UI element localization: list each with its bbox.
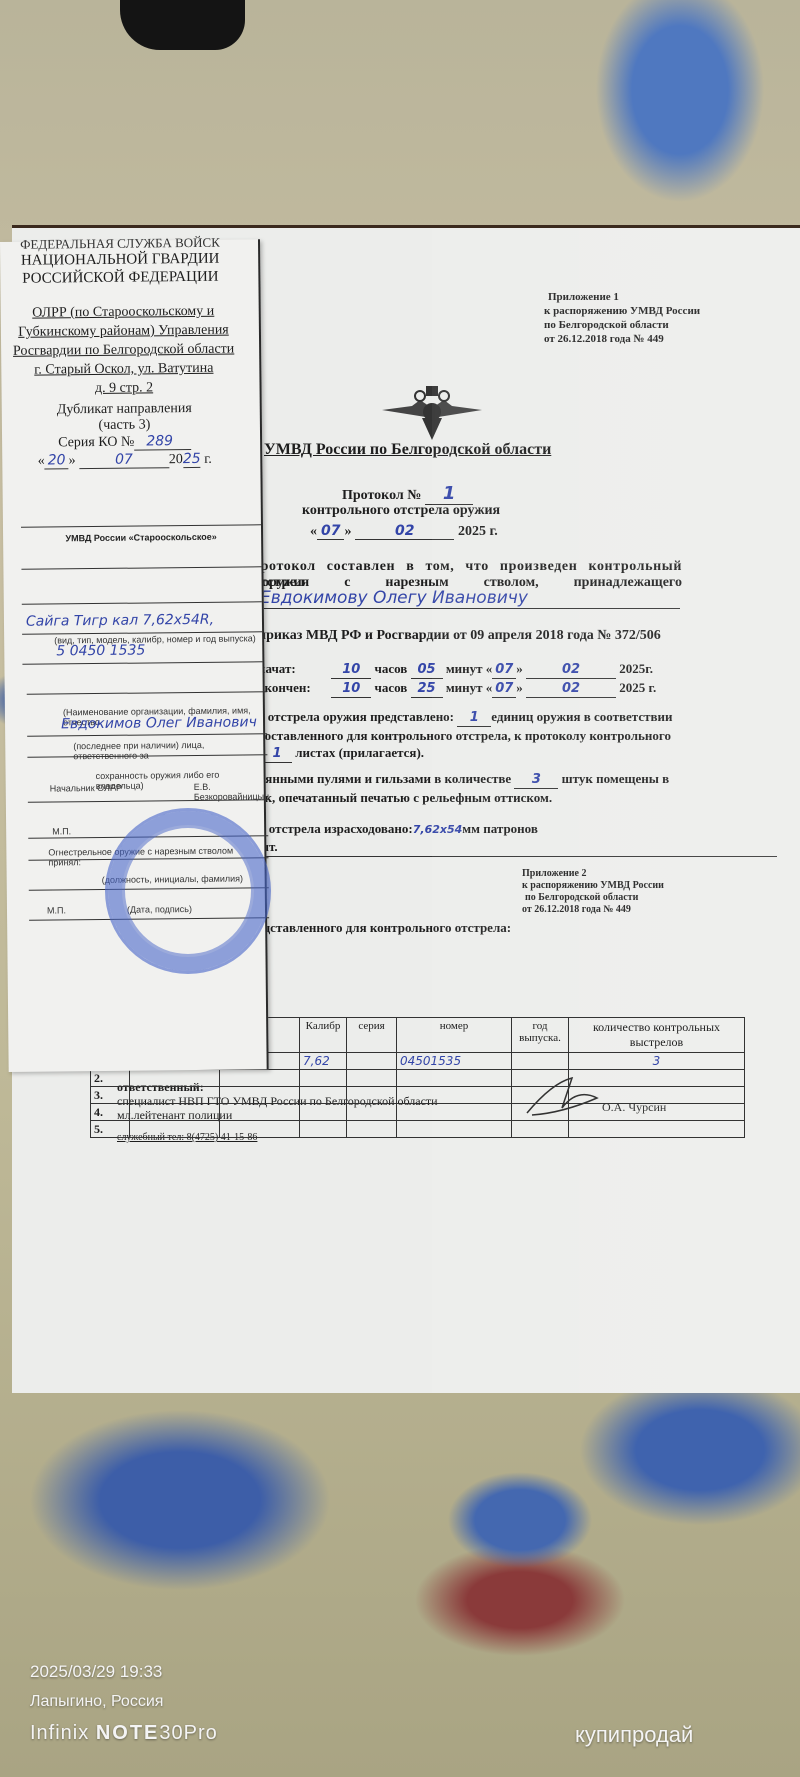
rule <box>22 601 262 605</box>
table-cell <box>347 1104 397 1121</box>
spent-block: и отстрела израсходовано:7,62х54мм патро… <box>258 820 538 855</box>
chief-label: Начальник ОЛРР <box>50 783 122 794</box>
minutes-label: минут <box>446 680 483 695</box>
card-date-month: 07 <box>79 451 169 469</box>
protocol-number: 1 <box>425 483 474 505</box>
protocol-day: 07 <box>317 523 344 540</box>
text: шт. <box>258 838 538 855</box>
date-suffix: г. <box>204 452 212 467</box>
appendix-line: к распоряжению УМВД России <box>522 880 664 892</box>
appendix-line: по Белгородской области <box>544 318 700 332</box>
mp-label: М.П. <box>47 905 66 915</box>
dept-line: Росгвардии по Белгородской области <box>1 339 246 361</box>
appendix-1: Приложение 1 к распоряжению УМВД России … <box>544 290 700 346</box>
table-row: 4. <box>91 1104 745 1121</box>
table-cell <box>512 1121 569 1138</box>
text: ок, опечатанный печатью с рельефным отти… <box>258 789 669 806</box>
table-cell: 3. <box>91 1087 130 1104</box>
rule <box>27 733 267 737</box>
ended-day: 07 <box>492 680 516 698</box>
photo-timestamp: 2025/03/29 19:33 <box>30 1662 162 1682</box>
table-row: 3. <box>91 1087 745 1104</box>
table-cell <box>220 1104 300 1121</box>
dept-block: ОЛРР (по Старооскольскому и Губкинскому … <box>1 301 247 399</box>
dept-line: Губкинскому районам) Управления <box>1 320 246 342</box>
card-date-row: «20» 072025 г. <box>2 449 247 471</box>
series-label: Серия КО № <box>58 435 134 451</box>
rule <box>22 661 262 665</box>
text: и отстрела израсходовано: <box>258 821 413 836</box>
table-cell <box>512 1070 569 1087</box>
table-cell: 3 <box>569 1053 745 1070</box>
ended-hours: 10 <box>331 680 371 698</box>
started-day: 07 <box>492 661 516 679</box>
th-shots: количество контрольных выстрелов <box>569 1018 745 1053</box>
table-cell <box>220 1121 300 1138</box>
table-cell <box>130 1087 220 1104</box>
ended-label: окончен: <box>258 679 328 696</box>
ended-month: 02 <box>526 680 616 698</box>
table-cell <box>300 1104 347 1121</box>
series-value: 289 <box>134 433 191 451</box>
table-row: 2. <box>91 1070 745 1087</box>
table-cell <box>569 1104 745 1121</box>
responsible-caption: (последнее при наличии) лица, ответствен… <box>73 739 263 761</box>
text: единиц оружия в соответствии <box>491 709 672 724</box>
agency-line: РОССИЙСКОЙ ФЕДЕРАЦИИ <box>0 267 240 288</box>
spent-handwritten: 7,62х54 <box>413 823 463 836</box>
table-cell <box>130 1121 220 1138</box>
site-watermark: купипродай <box>575 1722 693 1748</box>
divider <box>262 856 777 857</box>
text: лянными пулями и гильзами в количестве <box>258 771 511 786</box>
table-cell: 4. <box>91 1104 130 1121</box>
recipient: УМВД России «Старооскольское» <box>21 531 261 544</box>
table-cell <box>569 1087 745 1104</box>
appendix-line: от 26.12.2018 года № 449 <box>544 332 700 346</box>
ended-minutes: 25 <box>411 680 443 698</box>
bullets-count: 3 <box>514 771 558 789</box>
table-cell <box>397 1104 512 1121</box>
device-watermark: Infinix NOTE30Pro <box>30 1722 218 1745</box>
table-cell <box>130 1104 220 1121</box>
th-caliber: Калибр <box>300 1018 347 1053</box>
ended-year: 2025 г. <box>619 680 656 695</box>
official-seal-stamp <box>105 808 271 974</box>
table-cell <box>569 1070 745 1087</box>
table-intro: едставленного для контрольного отстрела: <box>258 920 511 936</box>
table-cell <box>347 1070 397 1087</box>
table-cell <box>300 1070 347 1087</box>
table-cell: 04501535 <box>397 1053 512 1070</box>
appendix-line: Приложение 1 <box>544 290 700 304</box>
started-minutes: 05 <box>411 661 443 679</box>
appendix-line: по Белгородской области <box>522 892 664 904</box>
table-cell <box>512 1087 569 1104</box>
year-suffix: 25 <box>183 451 201 468</box>
hours-label: часов <box>375 661 408 676</box>
table-cell <box>130 1070 220 1087</box>
table-cell <box>220 1087 300 1104</box>
text: мм патронов <box>462 821 538 836</box>
mp-label: М.П. <box>52 826 71 836</box>
started-year: 2025г. <box>619 661 653 676</box>
th-series: серия <box>347 1018 397 1053</box>
rule <box>27 691 267 695</box>
presented-count: 1 <box>457 709 491 727</box>
weapon-number-handwritten: 5 0450 1535 <box>56 643 145 660</box>
table-cell <box>347 1087 397 1104</box>
text: листах (прилагается). <box>295 745 424 760</box>
started-month: 02 <box>526 661 616 679</box>
table-cell <box>512 1053 569 1070</box>
appendix-2: Приложение 2 к распоряжению УМВД России … <box>522 868 664 916</box>
dept-line: г. Старый Оскол, ул. Ватутина <box>1 358 246 380</box>
table-cell <box>220 1070 300 1087</box>
text: о отстрела оружия представлено: <box>258 709 454 724</box>
table-cell: 5. <box>91 1121 130 1138</box>
table-row: 5. <box>91 1121 745 1138</box>
ended-row: окончен: 10 часов 25 минут «07» 02 2025 … <box>258 679 656 698</box>
org-title: УМВД России по Белгородской области <box>264 441 551 459</box>
appendix-line: от 26.12.2018 года № 449 <box>522 904 664 916</box>
table-cell: 7,62 <box>300 1053 347 1070</box>
device-brand: Infinix <box>30 1722 89 1744</box>
text: штук помещены в <box>562 771 669 786</box>
dept-line: д. 9 стр. 2 <box>1 377 246 399</box>
photo-location: Лапыгино, Россия <box>30 1693 163 1711</box>
device-model: NOTE <box>96 1722 160 1744</box>
dept-line: ОЛРР (по Старооскольскому и <box>1 301 246 323</box>
text: стволом, <box>484 575 539 591</box>
bullets-block: лянными пулями и гильзами в количестве 3… <box>258 770 669 806</box>
owner-handwritten: Евдокимову Олегу Ивановичу <box>260 588 680 609</box>
order-line: приказ МВД РФ и Росгвардии от 09 апреля … <box>258 628 661 644</box>
protocol-year: 2025 г. <box>458 524 498 539</box>
th-year: год выпуска. <box>512 1018 569 1053</box>
mvd-eagle-emblem-icon <box>382 378 482 448</box>
hours-label: часов <box>375 680 408 695</box>
device-model-suffix: 30Pro <box>159 1722 217 1744</box>
protocol-date: «07» 02 2025 г. <box>310 523 498 540</box>
table-cell <box>347 1121 397 1138</box>
rule <box>21 524 261 528</box>
presented-block: о отстрела оружия представлено: 1единиц … <box>258 708 673 763</box>
table-cell <box>300 1087 347 1104</box>
text: доставленного для контрольного отстрела,… <box>258 727 673 744</box>
protocol-heading: Протокол № 1 <box>342 483 473 504</box>
protocol-subtitle: контрольного отстрела оружия <box>302 503 500 519</box>
table-cell <box>397 1070 512 1087</box>
text: принадлежащего <box>574 575 682 591</box>
appendix-line: к распоряжению УМВД России <box>544 304 700 318</box>
started-label: начат: <box>258 660 328 677</box>
rule <box>21 566 261 570</box>
weapon-handwritten: Сайга Тигр кал 7,62х54R, <box>26 612 214 630</box>
minutes-label: минут <box>446 661 483 676</box>
table-cell <box>397 1121 512 1138</box>
table-cell <box>347 1053 397 1070</box>
table-cell: 2. <box>91 1070 130 1087</box>
table-cell <box>300 1121 347 1138</box>
started-row: начат: 10 часов 05 минут «07» 02 2025г. <box>258 660 656 679</box>
owner-handwritten: Евдокимов Олег Иванович <box>61 714 257 732</box>
table-cell <box>397 1087 512 1104</box>
appendix-line: Приложение 2 <box>522 868 664 880</box>
time-block: начат: 10 часов 05 минут «07» 02 2025г. … <box>258 660 656 698</box>
protocol-label: Протокол № <box>342 488 421 503</box>
table-cell <box>569 1121 745 1138</box>
th-number: номер <box>397 1018 512 1053</box>
started-hours: 10 <box>331 661 371 679</box>
protocol-month: 02 <box>355 523 454 540</box>
card-date-day: 20 <box>45 452 69 469</box>
dark-object <box>120 0 245 50</box>
year-prefix: 20 <box>169 452 183 467</box>
table-cell <box>512 1104 569 1121</box>
